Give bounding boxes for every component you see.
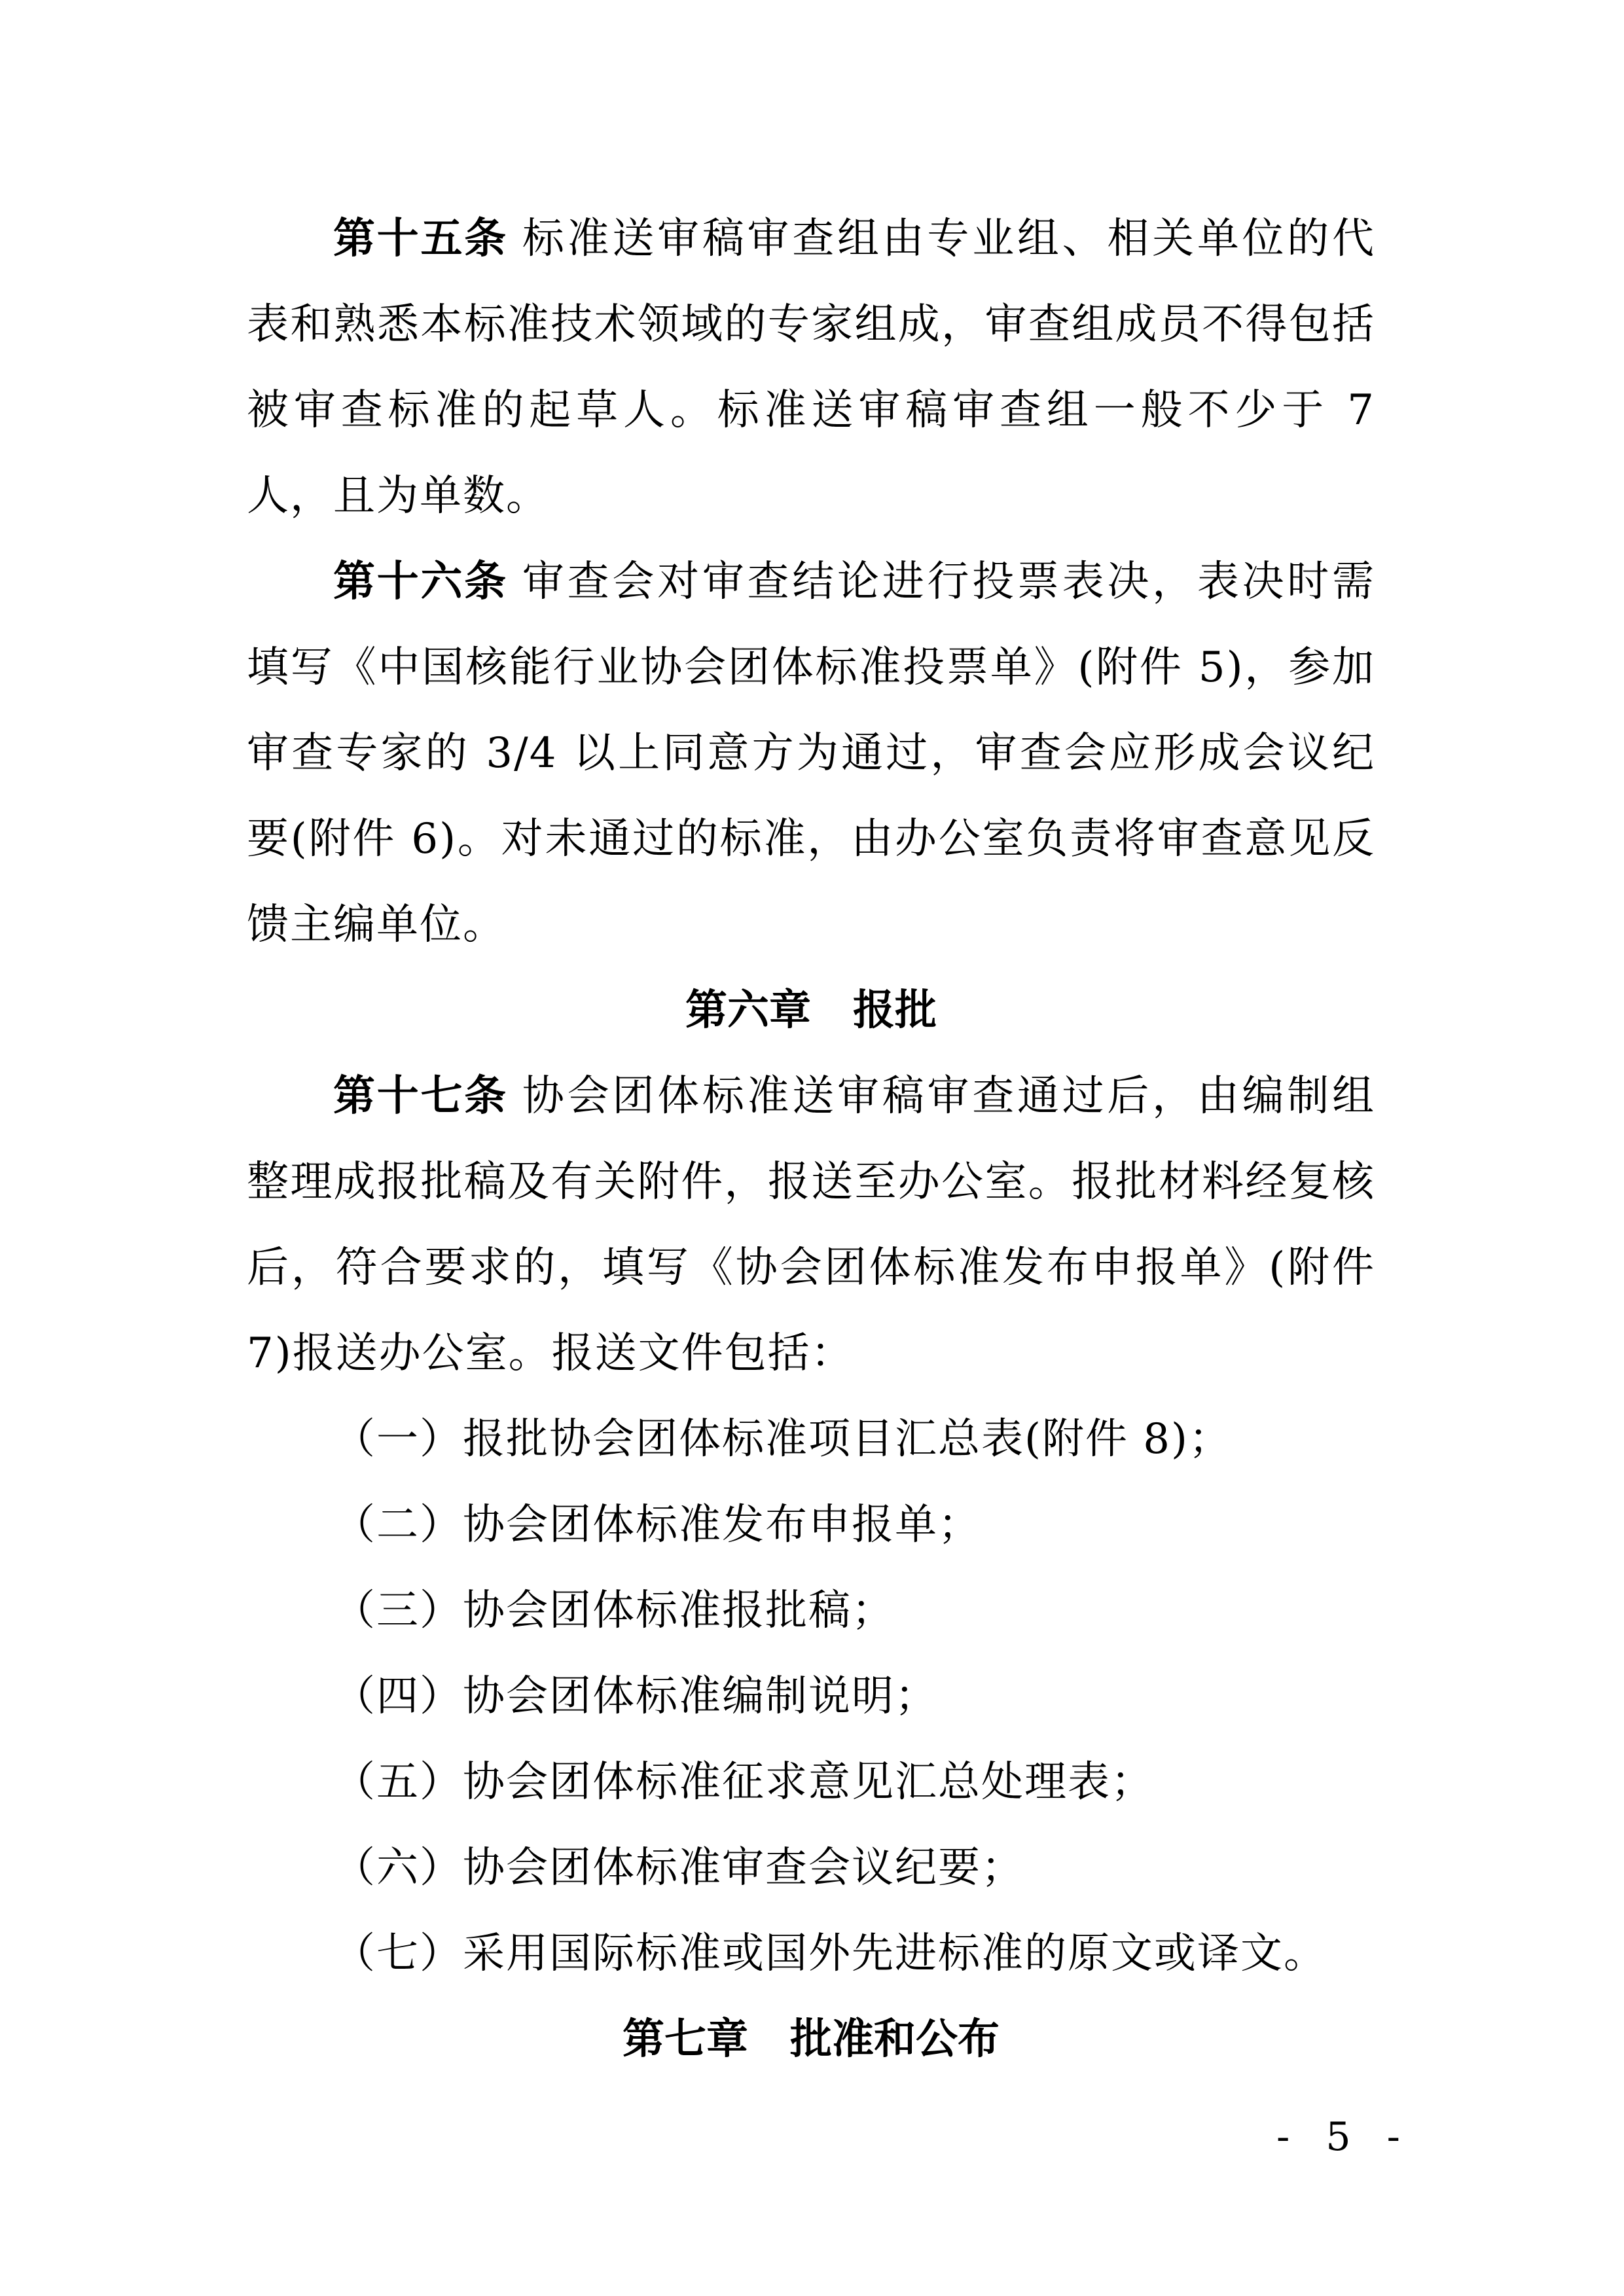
article-16-text: 审查会对审查结论进行投票表决，表决时需填写《中国核能行业协会团体标准投票单》(附… <box>247 558 1375 949</box>
list-item: （一）报批协会团体标准项目汇总表(附件 8)； <box>247 1397 1375 1482</box>
list-item: （四）协会团体标准编制说明； <box>247 1654 1375 1740</box>
article-15: 第十五条标准送审稿审查组由专业组、相关单位的代表和熟悉本标准技术领域的专家组成，… <box>247 196 1375 539</box>
chapter-6-title: 报批 <box>853 986 937 1035</box>
chapter-7-number: 第七章 <box>623 2015 748 2064</box>
article-16: 第十六条审查会对审查结论进行投票表决，表决时需填写《中国核能行业协会团体标准投票… <box>247 539 1375 968</box>
article-17-label: 第十七条 <box>333 1072 508 1121</box>
submission-file-list: （一）报批协会团体标准项目汇总表(附件 8)； （二）协会团体标准发布申报单； … <box>247 1397 1375 1997</box>
chapter-6-number: 第六章 <box>685 986 811 1035</box>
list-item: （七）采用国际标准或国外先进标准的原文或译文。 <box>247 1911 1375 1997</box>
article-15-label: 第十五条 <box>333 215 508 263</box>
list-item: （二）协会团体标准发布申报单； <box>247 1482 1375 1568</box>
page-number: - 5 - <box>1276 2114 1412 2160</box>
article-16-label: 第十六条 <box>333 558 508 606</box>
chapter-7-heading: 第七章批准和公布 <box>247 1997 1375 2083</box>
list-item: （五）协会团体标准征求意见汇总处理表； <box>247 1740 1375 1825</box>
list-item: （六）协会团体标准审查会议纪要； <box>247 1825 1375 1911</box>
chapter-7-title: 批准和公布 <box>790 2015 1000 2064</box>
list-item: （三）协会团体标准报批稿； <box>247 1568 1375 1654</box>
document-page: 第十五条标准送审稿审查组由专业组、相关单位的代表和熟悉本标准技术领域的专家组成，… <box>247 196 1375 2083</box>
article-17: 第十七条协会团体标准送审稿审查通过后，由编制组整理成报批稿及有关附件，报送至办公… <box>247 1054 1375 1397</box>
chapter-6-heading: 第六章报批 <box>247 968 1375 1054</box>
